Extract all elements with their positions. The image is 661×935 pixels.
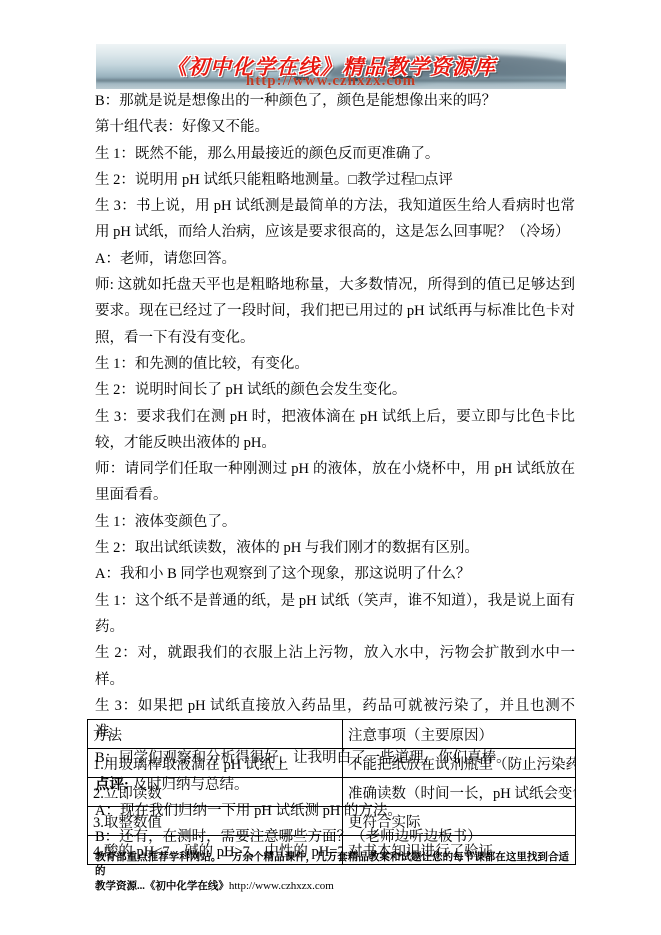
cell-notes: 准确读数（时间一长，pH 试纸会变色） bbox=[343, 778, 576, 807]
dialogue-line: 生 3：要求我们在测 pH 时，把液体滴在 pH 试纸上后，要立即与比色卡比较，… bbox=[95, 404, 575, 457]
table-row: 1.用玻璃棒取液滴在 pH 试纸上 不能把纸放在试剂瓶里（防止污染药品） bbox=[88, 749, 576, 778]
dialogue-line: 师：请同学们任取一种刚测过 pH 的液体，放在小烧杯中，用 pH 试纸放在里面看… bbox=[95, 456, 575, 509]
dialogue-line: 生 3：书上说，用 pH 试纸测是最简单的方法，我知道医生给人看病时也常用 pH… bbox=[95, 193, 575, 246]
promo-footer: 教育部重点推荐学科网站。一万余个精品课件，几万套精品教案和试题让您的每节课都在这… bbox=[95, 851, 569, 894]
dialogue-line: 生 2：说明用 pH 试纸只能粗略地测量。□教学过程□点评 bbox=[95, 167, 575, 193]
document-page: 《初中化学在线》精品教学资源库 http://www.czhxzx.com B：… bbox=[0, 0, 661, 935]
cell-method: 2.立即读数 bbox=[88, 778, 343, 807]
cell-method: 1.用玻璃棒取液滴在 pH 试纸上 bbox=[88, 749, 343, 778]
table-row: 3.取整数值 更符合实际 bbox=[88, 807, 576, 836]
dialogue-line: 生 1：这个纸不是普通的纸，是 pH 试纸（笑声，谁不知道），我是说上面有药。 bbox=[95, 588, 575, 641]
dialogue-line: 生 2：对，就跟我们的衣服上沾上污物，放入水中，污物会扩散到水中一样。 bbox=[95, 640, 575, 693]
table-header-row: 方法 注意事项（主要原因） bbox=[88, 720, 576, 749]
dialogue-line: B：那就是说是想像出的一种颜色了，颜色是能想像出来的吗？ bbox=[95, 88, 575, 114]
dialogue-line: 生 1：和先测的值比较，有变化。 bbox=[95, 351, 575, 377]
cell-method: 3.取整数值 bbox=[88, 807, 343, 836]
table-row: 2.立即读数 准确读数（时间一长，pH 试纸会变色） bbox=[88, 778, 576, 807]
dialogue-line: A：我和小 B 同学也观察到了这个现象，那这说明了什么？ bbox=[95, 561, 575, 587]
header-cell-notes: 注意事项（主要原因） bbox=[343, 720, 576, 749]
dialogue-line: A：老师，请您回答。 bbox=[95, 246, 575, 272]
method-notes-table-wrap: 方法 注意事项（主要原因） 1.用玻璃棒取液滴在 pH 试纸上 不能把纸放在试剂… bbox=[87, 719, 576, 865]
header-cell-method: 方法 bbox=[88, 720, 343, 749]
dialogue-line: 生 1：既然不能，那么用最接近的颜色反而更准确了。 bbox=[95, 141, 575, 167]
dialogue-line: 第十组代表：好像又不能。 bbox=[95, 114, 575, 140]
dialogue-line: 生 2：取出试纸读数，液体的 pH 与我们刚才的数据有区别。 bbox=[95, 535, 575, 561]
dialogue-line: 生 1：液体变颜色了。 bbox=[95, 509, 575, 535]
footer-site-url: http://www.czhxzx.com bbox=[229, 880, 334, 892]
footer-line1: 教育部重点推荐学科网站。一万余个精品课件，几万套精品教案和试题让您的每节课都在这… bbox=[95, 852, 569, 877]
cell-notes: 更符合实际 bbox=[343, 807, 576, 836]
dialogue-line: 师: 这就如托盘天平也是粗略地称量，大多数情况，所得到的值已足够达到要求。现在已… bbox=[95, 272, 575, 351]
dialogue-line: 生 2：说明时间长了 pH 试纸的颜色会发生变化。 bbox=[95, 377, 575, 403]
site-banner: 《初中化学在线》精品教学资源库 http://www.czhxzx.com bbox=[96, 44, 566, 89]
cell-notes: 不能把纸放在试剂瓶里（防止污染药品） bbox=[343, 749, 576, 778]
footer-line2: 教学资源...《初中化学在线》 bbox=[95, 881, 229, 892]
method-notes-table: 方法 注意事项（主要原因） 1.用玻璃棒取液滴在 pH 试纸上 不能把纸放在试剂… bbox=[87, 719, 576, 865]
